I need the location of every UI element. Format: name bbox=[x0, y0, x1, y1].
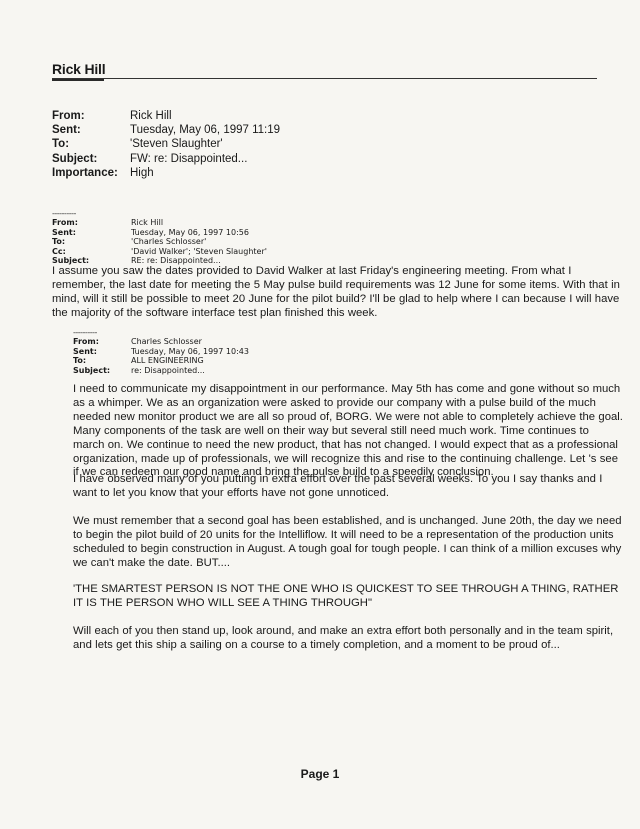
separator: ---------- bbox=[52, 210, 267, 218]
cc-value: 'David Walker'; 'Steven Slaughter' bbox=[131, 247, 267, 257]
subject-value: FW: re: Disappointed... bbox=[130, 152, 247, 166]
from-label: From: bbox=[52, 218, 131, 228]
original-paragraph-3: We must remember that a second goal has … bbox=[73, 515, 623, 571]
sent-label: Sent: bbox=[52, 123, 130, 137]
reply-body: I assume you saw the dates provided to D… bbox=[52, 265, 622, 321]
importance-label: Importance: bbox=[52, 166, 130, 180]
original-paragraph-2: I have observed many of you putting in e… bbox=[73, 473, 623, 501]
original-email-header: ---------- From:Charles Schlosser Sent:T… bbox=[73, 329, 249, 375]
original-paragraph-1: I need to communicate my disappointment … bbox=[73, 383, 623, 480]
subject-label: Subject: bbox=[73, 366, 131, 376]
to-value: 'Steven Slaughter' bbox=[130, 137, 223, 151]
sent-value: Tuesday, May 06, 1997 10:56 bbox=[131, 228, 249, 238]
from-value: Rick Hill bbox=[130, 109, 172, 123]
from-label: From: bbox=[52, 109, 130, 123]
document-title: Rick Hill bbox=[52, 61, 105, 77]
to-value: ALL ENGINEERING bbox=[131, 356, 204, 366]
original-paragraph-5: Will each of you then stand up, look aro… bbox=[73, 625, 633, 653]
to-value: 'Charles Schlosser' bbox=[131, 237, 206, 247]
separator: ---------- bbox=[73, 329, 249, 337]
from-value: Rick Hill bbox=[131, 218, 163, 228]
to-label: To: bbox=[73, 356, 131, 366]
from-label: From: bbox=[73, 337, 131, 347]
from-value: Charles Schlosser bbox=[131, 337, 202, 347]
page-number: Page 1 bbox=[0, 767, 640, 781]
to-label: To: bbox=[52, 237, 131, 247]
to-label: To: bbox=[52, 137, 130, 151]
cc-label: Cc: bbox=[52, 247, 131, 257]
outer-email-header: From:Rick Hill Sent:Tuesday, May 06, 199… bbox=[52, 109, 280, 180]
title-rule bbox=[52, 78, 597, 79]
sent-value: Tuesday, May 06, 1997 11:19 bbox=[130, 123, 280, 137]
sent-label: Sent: bbox=[73, 347, 131, 357]
sent-value: Tuesday, May 06, 1997 10:43 bbox=[131, 347, 249, 357]
sent-label: Sent: bbox=[52, 228, 131, 238]
importance-value: High bbox=[130, 166, 154, 180]
reply-email-header: ---------- From:Rick Hill Sent:Tuesday, … bbox=[52, 210, 267, 266]
original-quote: 'THE SMARTEST PERSON IS NOT THE ONE WHO … bbox=[73, 583, 623, 611]
subject-label: Subject: bbox=[52, 152, 130, 166]
subject-value: re: Disappointed... bbox=[131, 366, 205, 376]
